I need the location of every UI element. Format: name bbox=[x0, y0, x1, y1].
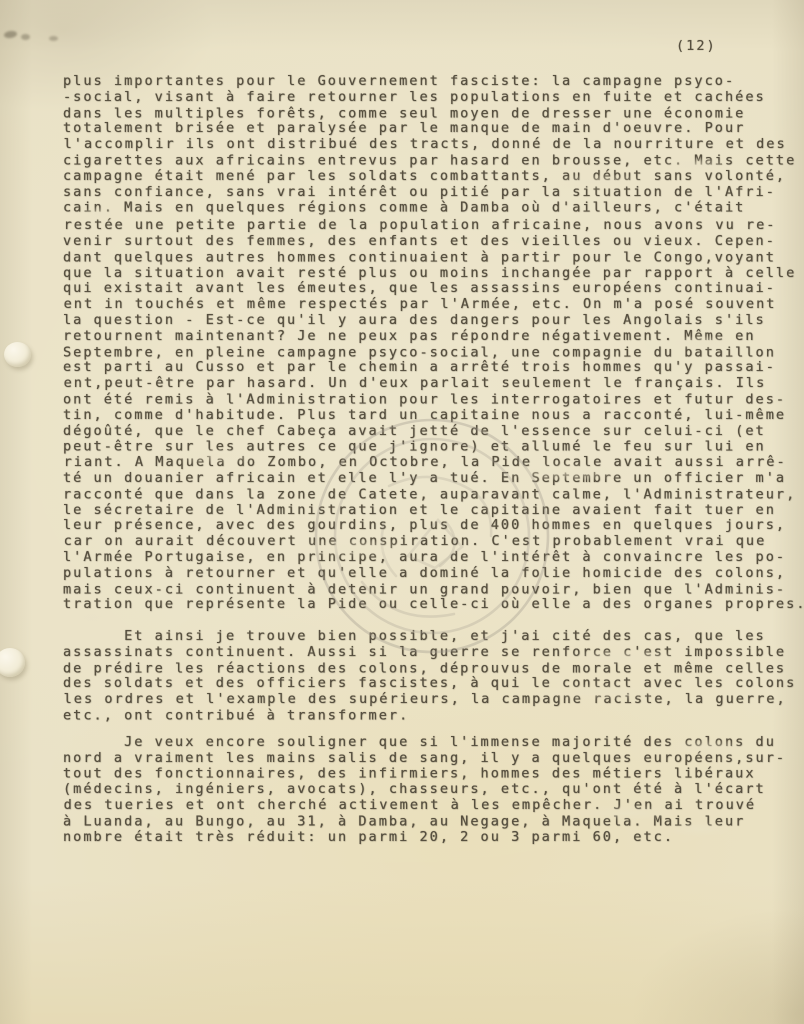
document-page: (12) plus importantes pour le Gouverneme… bbox=[0, 0, 804, 1024]
text-line: dans les multiples forêts, comme seul mo… bbox=[63, 106, 798, 122]
paragraph-3: Je veux encore souligner que si l'immens… bbox=[63, 735, 798, 846]
text-line: nombre était très réduit: un parmi 20, 2… bbox=[63, 830, 798, 846]
text-line: té un douanier africain et elle l'y a tu… bbox=[63, 471, 798, 487]
text-line: racconté que dans la zone de Catete, aup… bbox=[63, 487, 798, 503]
text-line: l'accomplir ils ont distribué des tracts… bbox=[64, 137, 799, 153]
ink-smudge bbox=[21, 34, 30, 40]
text-line: leur présence, avec des gourdins, plus d… bbox=[63, 518, 798, 534]
text-line: de prédire les réactions des colons, dép… bbox=[63, 661, 798, 677]
text-line: plus importantes pour le Gouvernement fa… bbox=[63, 74, 798, 90]
text-line: Je veux encore souligner que si l'immens… bbox=[63, 735, 798, 751]
text-line: tout des fonctionnaires, des infirmiers,… bbox=[63, 767, 798, 783]
text-line: est parti au Cusso et par le chemin a ar… bbox=[63, 360, 798, 376]
text-line: qui existait avant les émeutes, que les … bbox=[63, 281, 798, 297]
text-line: l'Armée Portugaise, en principe, aura de… bbox=[63, 550, 798, 566]
ink-smudge bbox=[4, 30, 18, 39]
text-line: dant quelques autres hommes continuaient… bbox=[63, 250, 798, 266]
text-line: la question - Est-ce qu'il y aura des da… bbox=[63, 313, 798, 329]
text-line: car on aurait découvert une conspiration… bbox=[64, 534, 799, 550]
paragraph-2: Et ainsi je trouve bien possible, et j'a… bbox=[63, 629, 798, 724]
text-line: à Luanda, au Bungo, au 31, à Damba, au N… bbox=[63, 814, 798, 830]
text-line: tin, comme d'habitude. Plus tard un capi… bbox=[63, 408, 798, 424]
text-line: mais ceux-ci continuent à detenir un gra… bbox=[63, 582, 798, 598]
text-line: retournent maintenant? Je ne peux pas ré… bbox=[63, 329, 798, 345]
text-line: nord a vraiment les mains salis de sang,… bbox=[63, 751, 798, 767]
text-line: campagne était mené par les soldats comb… bbox=[63, 169, 798, 185]
text-line: des tueries et ont cherché activement à … bbox=[64, 798, 799, 814]
text-line: cain. Mais en quelques régions comme à D… bbox=[63, 201, 798, 217]
paper-blemish bbox=[4, 342, 31, 367]
text-line: etc., ont contribué à transformer. bbox=[63, 708, 798, 724]
text-line: pulations à retourner et qu'elle a domin… bbox=[63, 566, 798, 582]
text-line: -social, visant à faire retourner les po… bbox=[63, 90, 798, 106]
text-line: dégoûté, que le chef Cabeça avait jetté … bbox=[63, 424, 798, 440]
text-line: totalement brisée et paralysée par le ma… bbox=[63, 121, 798, 137]
text-line: venir surtout des femmes, des enfants et… bbox=[63, 234, 798, 250]
text-line: (médecins, ingéniers, avocats), chasseur… bbox=[63, 782, 798, 798]
text-line: ont été remis à l'Administration pour le… bbox=[63, 392, 798, 408]
ink-smudge bbox=[49, 36, 58, 41]
page-number: (12) bbox=[676, 38, 717, 54]
text-line: cigarettes aux africains entrevus par ha… bbox=[63, 153, 798, 169]
text-line: que la situation avait resté plus ou moi… bbox=[63, 266, 798, 282]
text-line: ent,peut-être par hasard. Un d'eux parla… bbox=[64, 376, 799, 392]
document-text: plus importantes pour le Gouvernement fa… bbox=[63, 74, 798, 845]
text-line: ent in touchés et même respectés par l'A… bbox=[64, 297, 799, 313]
text-line: riant. A Maquela do Zombo, en Octobre, l… bbox=[64, 455, 799, 471]
text-line: des soldats et des officiers fascistes, … bbox=[63, 676, 798, 692]
text-line: les ordres et l'example des supérieurs, … bbox=[64, 692, 799, 708]
paragraph-1: plus importantes pour le Gouvernement fa… bbox=[63, 74, 798, 613]
text-line: assassinats continuent. Aussi si la guer… bbox=[63, 645, 798, 661]
text-line: tration que représente la Pide ou celle-… bbox=[63, 597, 798, 613]
text-line: Et ainsi je trouve bien possible, et j'a… bbox=[63, 629, 798, 645]
text-line: restée une petite partie de la populatio… bbox=[64, 218, 799, 234]
text-line: Septembre, en pleine campagne psyco-soci… bbox=[63, 345, 798, 361]
paper-blemish bbox=[0, 648, 25, 677]
text-line: le sécretaire de l'Administration et le … bbox=[63, 503, 798, 519]
text-line: sans confiance, sans vrai intérêt ou pit… bbox=[63, 185, 798, 201]
